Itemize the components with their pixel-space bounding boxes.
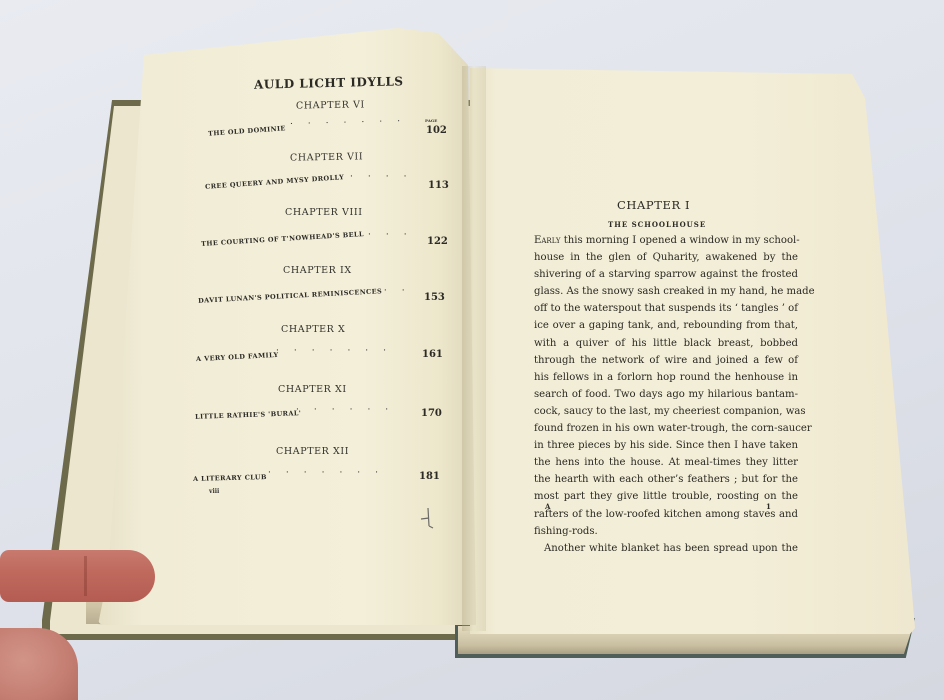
body-line: glass. As the snowy sash creaked in my h… <box>534 283 798 300</box>
body-line: in three pieces by his side. Since then … <box>534 437 798 454</box>
body-line: rafters of the low-roofed kitchen among … <box>534 506 798 523</box>
toc-chapter-heading: CHAPTER VIII <box>285 207 363 218</box>
body-line: Another white blanket has been spread up… <box>534 540 798 557</box>
toc-chapter-heading: CHAPTER XII <box>276 446 349 457</box>
body-line: cock, saucy to the last, my cheeriest co… <box>534 403 798 420</box>
toc-chapter-heading: CHAPTER X <box>281 324 345 335</box>
drop-word: Early <box>534 235 561 246</box>
toc-entry-page: 161 <box>422 349 443 360</box>
toc-chapter-heading: CHAPTER XI <box>278 384 347 395</box>
body-line: the hens into the house. At meal-times t… <box>534 454 798 471</box>
chapter-body: Early this morning I opened a window in … <box>534 232 798 557</box>
finger-crease <box>84 556 87 596</box>
toc-entry-page: 122 <box>427 236 448 247</box>
toc-leader-dots: ···· <box>350 172 421 182</box>
toc-entry-page: 113 <box>428 180 449 191</box>
body-line: ice over a gaping tank, and, rebounding … <box>534 317 798 334</box>
toc-leader-dots: ······· <box>276 346 401 356</box>
body-line: with a quiver of his little black breast… <box>534 335 798 352</box>
body-line: this morning I opened a window in my sch… <box>561 235 800 246</box>
toc-entry-page: 153 <box>424 292 445 303</box>
body-line: off to the waterspout that suspends its … <box>534 300 798 317</box>
toc-leader-dots: ······· <box>268 468 393 478</box>
finger <box>0 550 155 602</box>
thumb <box>0 628 78 700</box>
chapter-title: THE SCHOOLHOUSE <box>608 220 706 229</box>
body-line: the hearth with each other’s feathers ; … <box>534 471 798 488</box>
body-line: shivering of a starving sparrow against … <box>534 266 798 283</box>
folio: viii <box>209 488 219 495</box>
toc-leader-dots: ··· <box>368 230 422 240</box>
book-gutter <box>462 66 486 631</box>
toc-entry-page: 102 <box>426 125 447 136</box>
pencil-mark-icon <box>420 506 436 530</box>
toc-leader-dots: ······ <box>296 405 403 415</box>
body-line: through the network of wire and joined a… <box>534 352 798 369</box>
signature-mark: A <box>545 502 550 511</box>
body-line: house in the glen of Quharity, awakened … <box>534 249 798 266</box>
body-line: search of food. Two days ago my hilariou… <box>534 386 798 403</box>
toc-chapter-heading: CHAPTER IX <box>283 265 352 276</box>
chapter-heading: CHAPTER I <box>617 198 690 212</box>
toc-chapter-heading: CHAPTER VII <box>290 151 363 163</box>
toc-leader-dots: ··· <box>366 286 420 296</box>
toc-chapter-heading: CHAPTER VI <box>296 99 365 111</box>
page-column-label: PAGE <box>425 118 437 123</box>
toc-entry-page: 181 <box>419 471 440 482</box>
body-line: fishing-rods. <box>534 523 798 540</box>
body-line: found frozen in his own water-trough, th… <box>534 420 798 437</box>
body-line: most part they give little trouble, roos… <box>534 488 798 505</box>
page-number: 1 <box>766 502 771 511</box>
body-line: his fellows in a forlorn hop round the h… <box>534 369 798 386</box>
toc-entry-page: 170 <box>421 408 442 419</box>
